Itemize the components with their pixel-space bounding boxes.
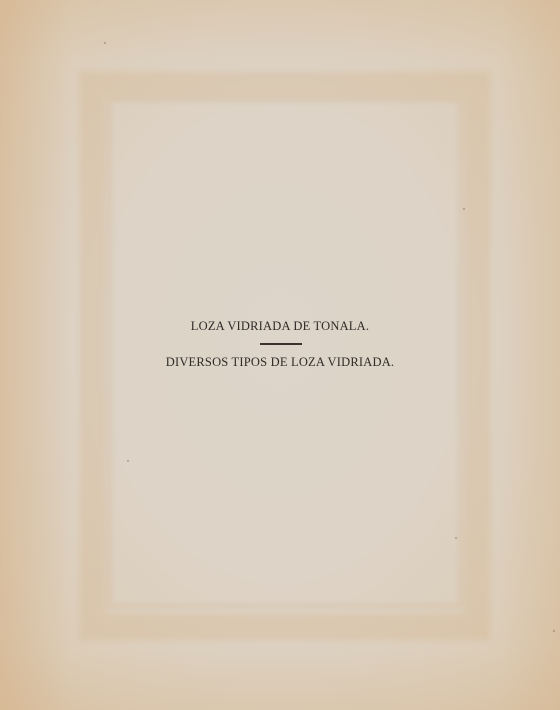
title-divider-rule bbox=[260, 343, 302, 345]
paper-page: LOZA VIDRIADA DE TONALA. DIVERSOS TIPOS … bbox=[0, 0, 560, 710]
paper-speck bbox=[553, 630, 555, 632]
frame-offset-stain-inner bbox=[108, 98, 462, 608]
paper-speck bbox=[104, 42, 106, 44]
plate-title: LOZA VIDRIADA DE TONALA. bbox=[0, 319, 560, 334]
paper-speck bbox=[463, 208, 465, 210]
paper-speck bbox=[455, 537, 457, 539]
paper-speck bbox=[127, 460, 129, 462]
plate-subtitle: DIVERSOS TIPOS DE LOZA VIDRIADA. bbox=[0, 355, 560, 370]
